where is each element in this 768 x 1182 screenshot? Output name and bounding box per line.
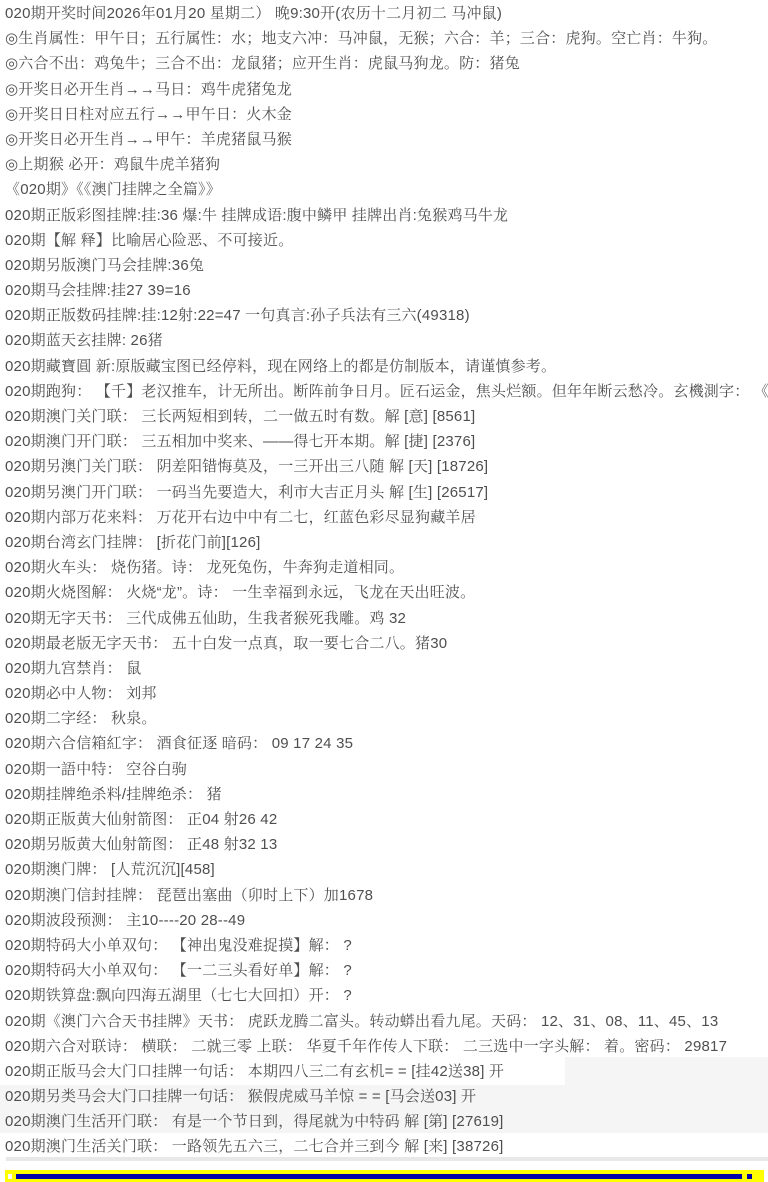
marquee-banner xyxy=(5,1170,764,1182)
text-line: 020期六合信箱紅字： 酒食征逐 暗码： 09 17 24 35 xyxy=(0,731,768,756)
marquee-text-stripe xyxy=(16,1174,742,1179)
text-line: ◎开奖日必开生肖→→马日：鸡牛虎猪兔龙 xyxy=(0,77,768,102)
text-line: 020期正版数码挂牌:挂:12射:22=47 一句真言:孙子兵法有三六(4931… xyxy=(0,303,768,328)
text-line: 020期澳门生活关门联： 一路领先五六三，二七合并三到今 解 [来] [3872… xyxy=(0,1134,768,1159)
text-line: 020期澳门牌： [人荒沉沉][458] xyxy=(0,857,768,882)
text-line: 020期无字天书： 三代成佛五仙助，生我者猴死我雕。鸡 32 xyxy=(0,606,768,631)
text-line: 020期正版彩图挂牌:挂:36 爆:牛 挂牌成语:腹中鳞甲 挂牌出肖:兔猴鸡马牛… xyxy=(0,203,768,228)
text-line: 020期另类马会大门口挂牌一句话： 猴假虎威马羊惊 = = [马会送03] 开 xyxy=(0,1084,768,1109)
text-line: ◎开奖日必开生肖→→甲午：羊虎猪鼠马猴 xyxy=(0,127,768,152)
text-line: 020期内部万花来料： 万花开右边中中有二七，红蓝色彩尽显狗藏羊居 xyxy=(0,505,768,530)
text-line: 020期六合对联诗： 横联： 二就三零 上联： 华夏千年作传人下联： 二三选中一… xyxy=(0,1034,768,1059)
text-line: 020期台湾玄门挂牌： [折花门前][126] xyxy=(0,530,768,555)
text-line: 020期一語中特： 空谷白驹 xyxy=(0,757,768,782)
marquee-dot xyxy=(747,1174,752,1179)
text-line: 020期蓝天玄挂牌: 26猪 xyxy=(0,328,768,353)
text-line: 020期挂牌绝杀料/挂牌绝杀： 猪 xyxy=(0,782,768,807)
text-line: 020期开奖时间2026年01月20 星期二） 晚9:30开(农历十二月初二 马… xyxy=(0,1,768,26)
text-line: 020期最老版无字天书： 五十白发一点真，取一要七合二八。猪30 xyxy=(0,631,768,656)
text-line: 020期另版黄大仙射箭图： 正48 射32 13 xyxy=(0,832,768,857)
text-line: 020期铁算盘:飘向四海五湖里（七七大回扣）开： ? xyxy=(0,983,768,1008)
text-line: 020期马会挂牌:挂27 39=16 xyxy=(0,278,768,303)
text-line: 020期澳门开门联： 三五相加中奖来、——得七开本期。解 [捷] [2376] xyxy=(0,429,768,454)
text-line: 020期特码大小单双句： 【神出鬼没难捉摸】解： ? xyxy=(0,933,768,958)
text-line: 020期九宫禁肖： 鼠 xyxy=(0,656,768,681)
text-line: 020期必中人物： 刘邦 xyxy=(0,681,768,706)
text-line: ◎生肖属性：甲午日；五行属性：水；地支六冲：马冲鼠，无猴；六合：羊；三合：虎狗。… xyxy=(0,26,768,51)
marquee-notch xyxy=(8,1174,12,1179)
footer-divider xyxy=(6,1157,768,1161)
text-line: ◎六合不出：鸡兔牛；三合不出：龙鼠猪；应开生肖：虎鼠马狗龙。防：猪兔 xyxy=(0,51,768,76)
text-line: 020期波段预测： 主10----20 28--49 xyxy=(0,908,768,933)
text-line: 020期《澳门六合天书挂牌》天书： 虎跃龙腾二富头。转动蟒出看九尾。天码： 12… xyxy=(0,1009,768,1034)
text-line: 020期澳门信封挂牌： 琵琶出塞曲（卯时上下）加1678 xyxy=(0,883,768,908)
text-line: 020期跑狗： 【千】老汉推车，计无所出。断阵前争日月。匠石运金，焦头烂额。但年… xyxy=(0,379,768,404)
text-line: 020期另澳门关门联： 阴差阳错悔莫及，一三开出三八随 解 [天] [18726… xyxy=(0,454,768,479)
text-line: 020期正版马会大门口挂牌一句话： 本期四八三二有玄机= = [挂42送38] … xyxy=(0,1059,768,1084)
text-line: ◎上期猴 必开：鸡鼠牛虎羊猪狗 xyxy=(0,152,768,177)
text-line: 020期澳门关门联： 三长两短相到转，二一做五时有数。解 [意] [8561] xyxy=(0,404,768,429)
text-line: 020期另澳门开门联： 一码当先要造大，利市大吉正月头 解 [生] [26517… xyxy=(0,480,768,505)
text-line: 020期藏寶圓 新:原版藏宝图已经停料，现在网络上的都是仿制版本，请谨慎参考。 xyxy=(0,354,768,379)
text-line: 020期火烧图解： 火烧“龙”。诗： 一生幸福到永远，飞龙在天出旺波。 xyxy=(0,580,768,605)
text-line: 020期正版黄大仙射箭图： 正04 射26 42 xyxy=(0,807,768,832)
text-line: 020期另版澳门马会挂牌:36兔 xyxy=(0,253,768,278)
text-line: 020期【解 释】比喻居心险恶、不可接近。 xyxy=(0,228,768,253)
text-line: 020期二字经： 秋泉。 xyxy=(0,706,768,731)
text-line: 020期澳门生活开门联： 有是一个节日到，得尾就为中特码 解 [第] [2761… xyxy=(0,1109,768,1134)
text-line: 020期特码大小单双句： 【一二三头看好单】解： ? xyxy=(0,958,768,983)
text-line: 《020期》《《澳门挂牌之全篇》》 xyxy=(0,177,768,202)
lottery-info-page: 020期开奖时间2026年01月20 星期二） 晚9:30开(农历十二月初二 马… xyxy=(0,0,768,1182)
text-line: 020期火车头： 烧伤猪。诗： 龙死兔伤，牛奔狗走道相同。 xyxy=(0,555,768,580)
content-lines: 020期开奖时间2026年01月20 星期二） 晚9:30开(农历十二月初二 马… xyxy=(0,1,768,1160)
text-line: ◎开奖日日柱对应五行→→甲午日：火木金 xyxy=(0,102,768,127)
